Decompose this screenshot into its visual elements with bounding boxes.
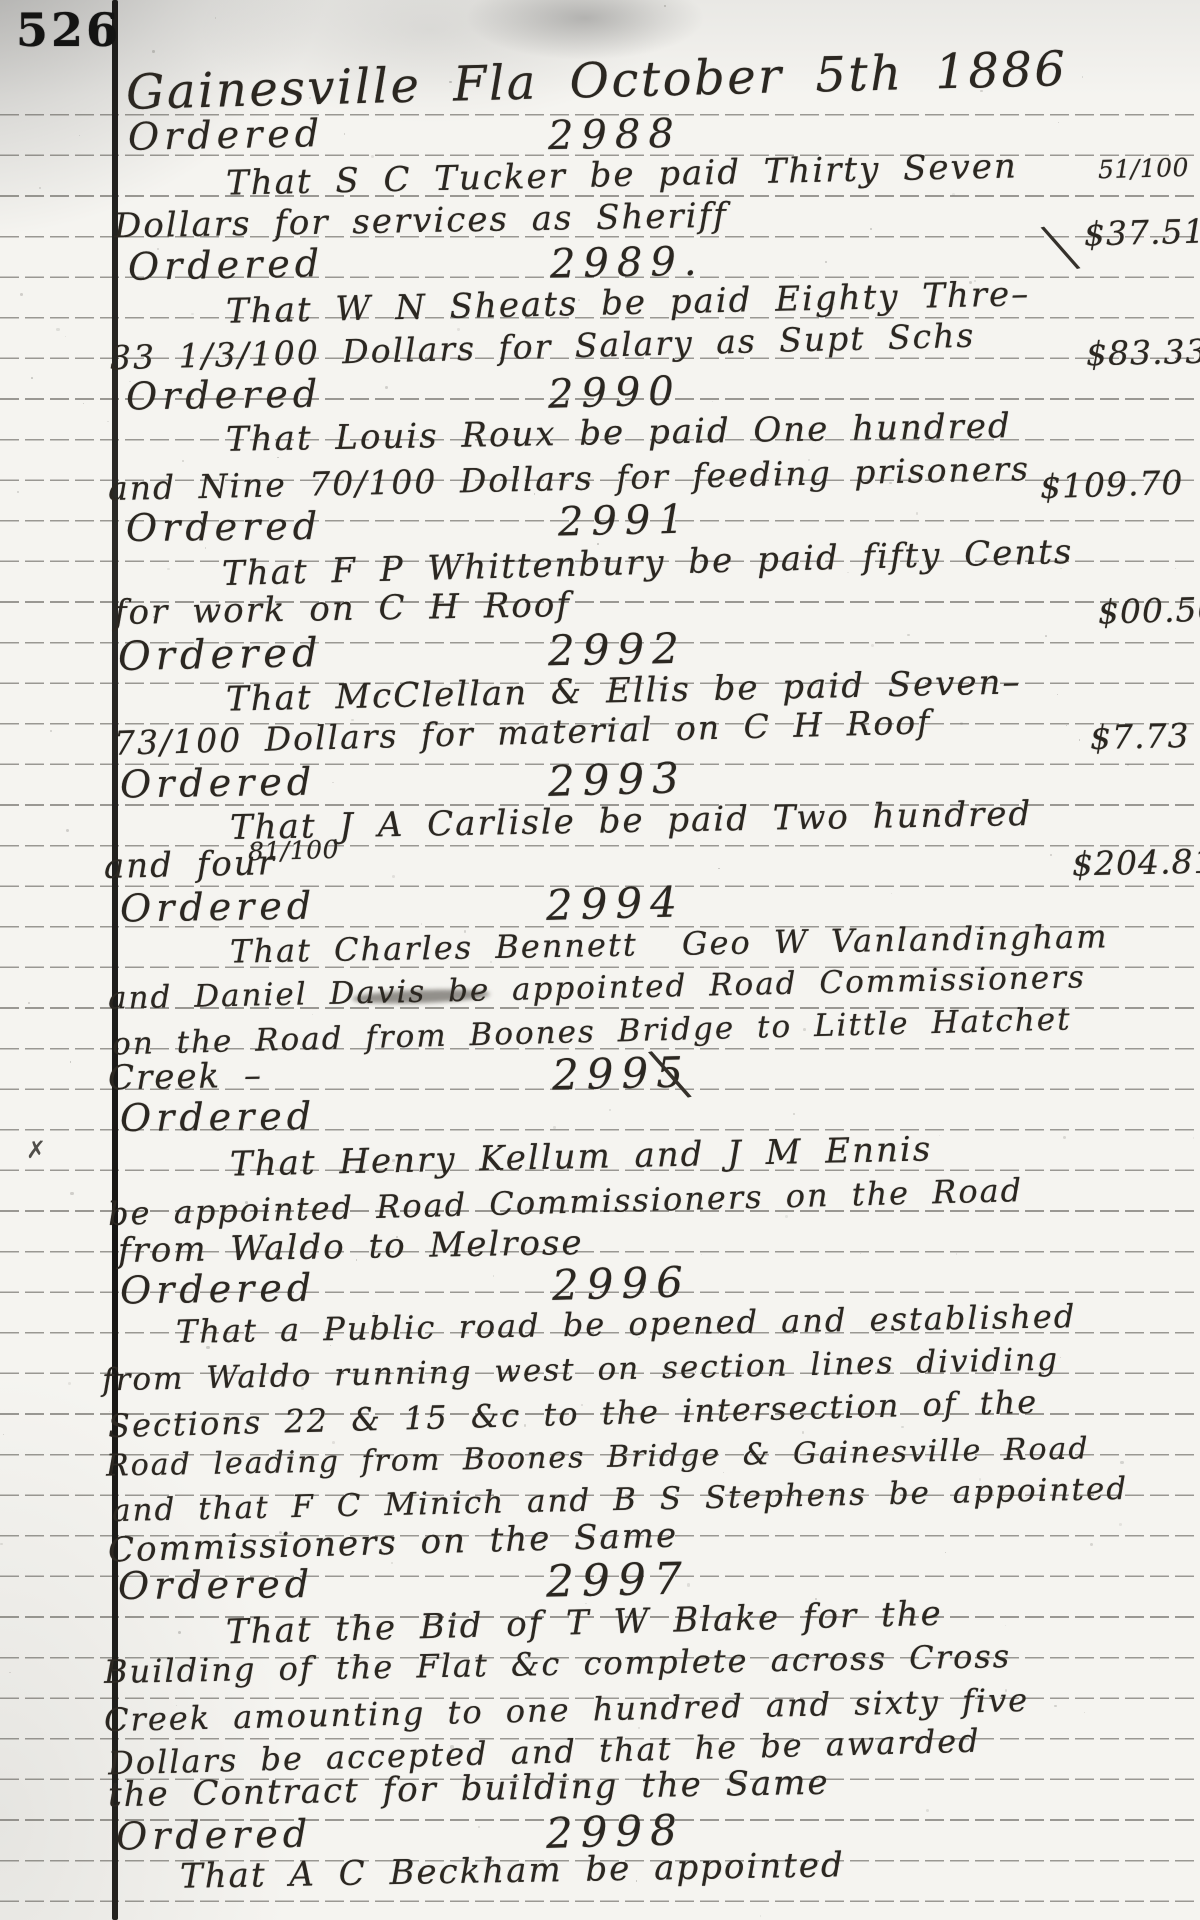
paper-speck: [960, 722, 963, 725]
order-number: 2988: [548, 113, 683, 157]
paper-speck: [0, 1543, 2, 1545]
ledger-page: 526Gainesville Fla October 5th 1886Order…: [0, 0, 1200, 1920]
order-number: 2989.: [550, 241, 705, 286]
paper-speck: [215, 17, 216, 18]
paper-speck: [871, 644, 874, 647]
paper-speck: [1084, 1712, 1085, 1713]
dateline: Gainesville Fla October 5th 1886: [126, 44, 1069, 118]
order-body: for work on C H Roof: [114, 588, 571, 632]
paper-speck: [332, 782, 334, 784]
paper-speck: [1050, 854, 1052, 856]
paper-speck: [65, 336, 67, 338]
order-body: from Waldo to Melrose: [118, 1226, 584, 1270]
order-body: Creek –: [108, 1059, 264, 1097]
paper-speck: [83, 403, 85, 405]
margin-rule: [112, 0, 118, 1920]
order-label: Ordered: [118, 632, 323, 678]
amount: $204.81: [1072, 845, 1200, 883]
paper-speck: [66, 829, 69, 832]
order-number: 2994: [545, 880, 685, 928]
paper-speck: [1082, 76, 1083, 77]
paper-speck: [70, 1192, 73, 1195]
paper-speck: [798, 275, 799, 276]
paper-speck: [793, 1113, 795, 1115]
order-label: Ordered: [120, 1269, 317, 1312]
amount: $00.50: [1098, 592, 1200, 630]
paper-speck: [945, 1552, 946, 1553]
paper-speck: [664, 5, 665, 6]
paper-speck: [891, 893, 892, 894]
order-label: Ordered: [118, 1565, 315, 1607]
paper-speck: [1127, 764, 1129, 766]
order-body: That S C Tucker be paid Thirty Seven: [226, 149, 1018, 202]
page-number: 526: [16, 6, 121, 54]
order-label: Ordered: [126, 375, 323, 418]
order-number: 2992: [548, 627, 688, 674]
paper-speck: [17, 491, 19, 493]
order-number: 2996: [551, 1260, 691, 1308]
paper-speck: [553, 1126, 555, 1128]
paper-speck: [371, 155, 374, 158]
paper-speck: [1045, 635, 1047, 637]
paper-speck: [1060, 1357, 1061, 1358]
paper-speck: [939, 1135, 940, 1136]
order-label: Ordered: [128, 114, 325, 158]
paper-speck: [167, 568, 169, 570]
paper-speck: [956, 1253, 957, 1254]
paper-speck: [399, 1692, 400, 1693]
paper-speck: [421, 923, 423, 925]
paper-speck: [79, 135, 80, 136]
paper-speck: [1066, 725, 1067, 726]
paper-speck: [182, 460, 184, 462]
paper-speck: [70, 1061, 72, 1063]
order-number: 2993: [547, 756, 687, 804]
paper-speck: [152, 50, 155, 53]
paper-speck: [31, 377, 33, 379]
paper-speck: [385, 386, 388, 389]
paper-speck: [712, 401, 713, 402]
amount: $109.70: [1040, 466, 1184, 505]
margin-mark: ✗: [26, 1138, 48, 1163]
paper-speck: [638, 1727, 639, 1728]
order-label: Ordered: [120, 1097, 317, 1139]
paper-speck: [1054, 1705, 1057, 1708]
order-body: the Contract for building the Same: [108, 1766, 830, 1814]
paper-speck: [952, 193, 955, 196]
order-number: 2997: [546, 1556, 691, 1605]
paper-speck: [107, 421, 109, 423]
paper-speck: [760, 1915, 761, 1916]
paper-speck: [1090, 1543, 1093, 1546]
paper-speck: [312, 1014, 313, 1015]
amount: $37.51: [1084, 214, 1200, 252]
paper-speck: [39, 187, 41, 189]
paper-speck: [50, 730, 52, 732]
order-label: Ordered: [120, 763, 317, 806]
paper-speck: [68, 1382, 71, 1385]
paper-speck: [178, 1631, 181, 1634]
paper-speck: [1120, 1461, 1123, 1464]
paper-speck: [926, 1809, 929, 1812]
paper-speck: [825, 261, 827, 263]
paper-speck: [1193, 1137, 1194, 1138]
paper-speck: [1159, 1659, 1160, 1660]
paper-speck: [28, 1002, 30, 1004]
amount: $83.33: [1086, 335, 1200, 372]
paper-speck: [916, 512, 919, 515]
paper-speck: [478, 1826, 480, 1828]
paper-speck: [1175, 568, 1176, 569]
order-label: Ordered: [126, 507, 323, 549]
paper-speck: [493, 1275, 495, 1277]
paper-speck: [1079, 739, 1081, 741]
order-label: Ordered: [120, 887, 317, 930]
paper-speck: [1063, 1136, 1066, 1139]
paper-speck: [860, 1253, 861, 1254]
paper-speck: [907, 634, 910, 637]
paper-speck: [718, 868, 719, 869]
paper-speck: [1119, 1523, 1122, 1526]
paper-speck: [332, 1441, 335, 1444]
order-label: Ordered: [116, 1815, 313, 1858]
paper-speck: [20, 293, 23, 296]
order-body: Dollars for services as Sheriff: [114, 199, 728, 245]
pen-flourish: ╲: [1043, 223, 1080, 272]
paper-speck: [56, 328, 59, 331]
paper-speck: [802, 1431, 804, 1433]
paper-speck: [1058, 122, 1059, 123]
paper-speck: [392, 875, 395, 878]
order-label: Ordered: [128, 244, 325, 288]
amount: $7.73: [1090, 719, 1190, 756]
paper-speck: [609, 1109, 611, 1111]
paper-speck: [344, 133, 346, 135]
order-number: 2990: [547, 370, 682, 415]
paper-speck: [9, 1672, 10, 1673]
paper-speck: [1057, 694, 1058, 695]
paper-speck: [785, 1215, 788, 1218]
fraction: 81/100: [248, 837, 340, 866]
paper-speck: [1005, 1625, 1006, 1626]
paper-speck: [901, 1426, 904, 1429]
order-number: 2991: [558, 499, 693, 544]
order-body: That A C Beckham be appointed: [180, 1848, 845, 1895]
paper-speck: [3, 1434, 4, 1435]
order-body: That F P Whittenbury be paid fifty Cents: [222, 535, 1074, 593]
order-body: That J A Carlisle be paid Two hundred: [230, 797, 1033, 847]
paper-speck: [870, 228, 872, 230]
fraction: 51/100: [1098, 155, 1190, 184]
paper-speck: [701, 1254, 702, 1255]
paper-speck: [191, 313, 194, 316]
